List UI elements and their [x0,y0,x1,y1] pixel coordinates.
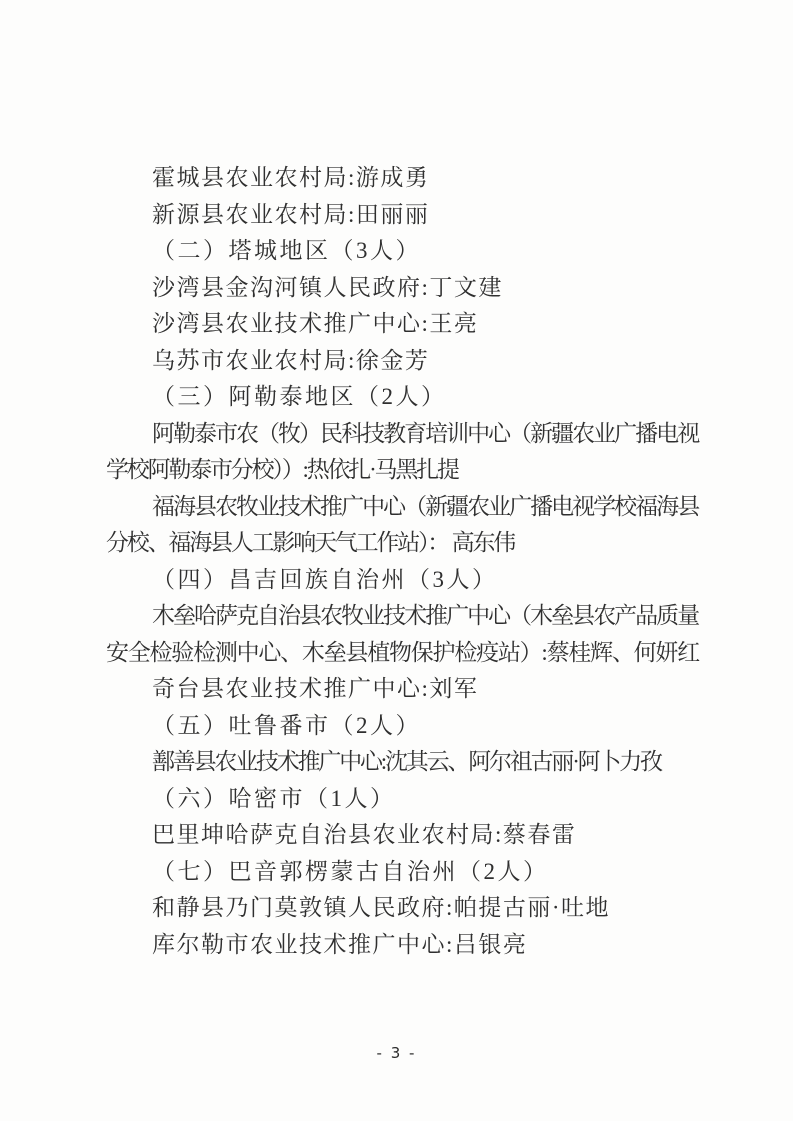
text-line: （二）塔城地区（3人） [106,233,698,270]
text-line: （六）哈密市（1人） [106,781,698,818]
page-number: - 3 - [0,1044,793,1062]
text-line: 奇台县农业技术推广中心:刘军 [106,671,698,708]
text-line: 巴里坤哈萨克自治县农业农村局:蔡春雷 [106,817,698,854]
text-line: 安全检验检测中心、木垒县植物保护检疫站）:蔡桂辉、何妍红 [106,635,698,672]
text-line: 分校、福海县人工影响天气工作站）： 高东伟 [106,525,698,562]
text-line: 学校阿勒泰市分校））:热依扎·马黑扎提 [106,452,698,489]
text-line: 木垒哈萨克自治县农牧业技术推广中心（木垒县农产品质量 [106,598,698,635]
text-line: 乌苏市农业农村局:徐金芳 [106,343,698,380]
text-line: 沙湾县农业技术推广中心:王亮 [106,306,698,343]
text-line: 新源县农业农村局:田丽丽 [106,197,698,234]
text-line: （五）吐鲁番市（2人） [106,708,698,745]
text-line: （七）巴音郭楞蒙古自治州（2人） [106,854,698,891]
text-line: 鄯善县农业技术推广中心:沈其云、阿尔祖古丽·阿卜力孜 [106,744,698,781]
text-line: 沙湾县金沟河镇人民政府:丁文建 [106,270,698,307]
document-body: 霍城县农业农村局:游成勇新源县农业农村局:田丽丽（二）塔城地区（3人）沙湾县金沟… [106,160,698,963]
text-line: 福海县农牧业技术推广中心（新疆农业广播电视学校福海县 [106,489,698,526]
document-page: 霍城县农业农村局:游成勇新源县农业农村局:田丽丽（二）塔城地区（3人）沙湾县金沟… [0,0,793,1121]
text-line: 和静县乃门莫敦镇人民政府:帕提古丽·吐地 [106,890,698,927]
text-line: （四）昌吉回族自治州（3人） [106,562,698,599]
text-line: 库尔勒市农业技术推广中心:吕银亮 [106,927,698,964]
text-line: 霍城县农业农村局:游成勇 [106,160,698,197]
text-line: （三）阿勒泰地区（2人） [106,379,698,416]
text-line: 阿勒泰市农（牧）民科技教育培训中心（新疆农业广播电视 [106,416,698,453]
